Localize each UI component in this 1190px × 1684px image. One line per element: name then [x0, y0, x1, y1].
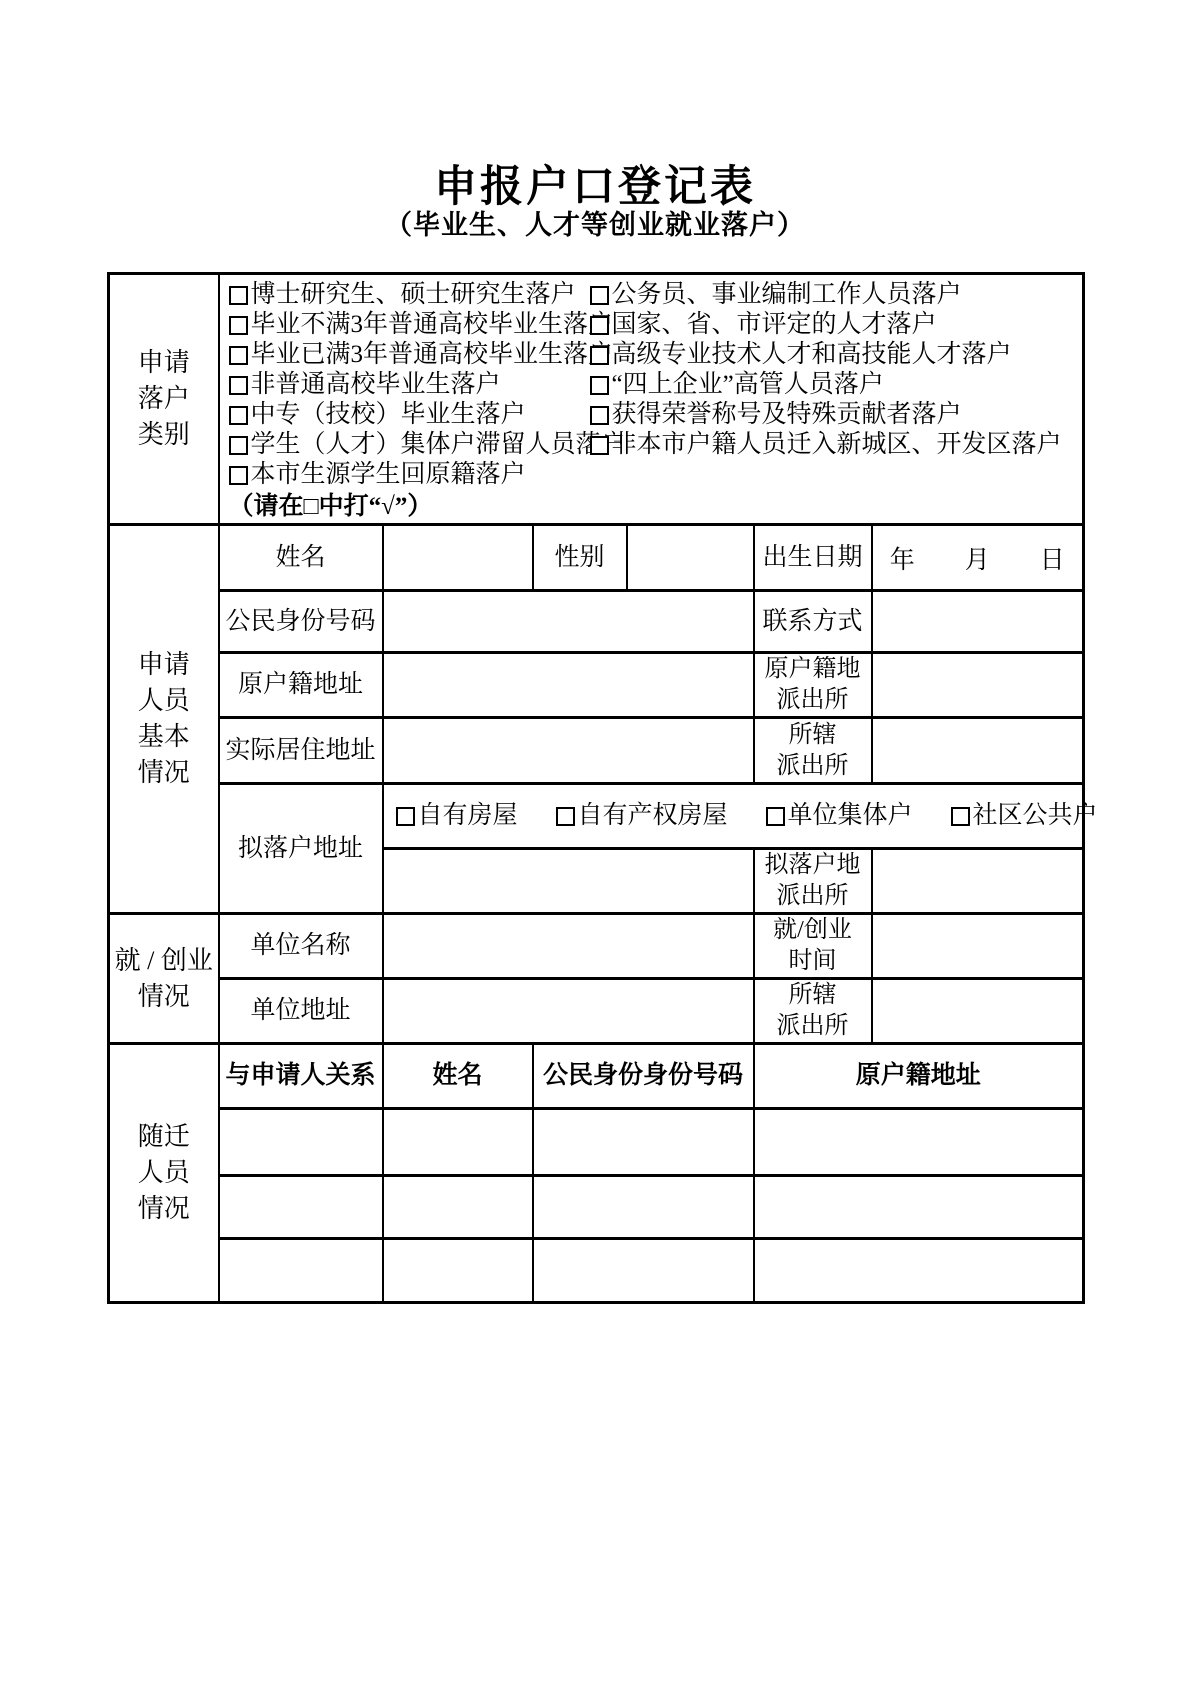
migration-header-id: 公民身份身份号码 [533, 1044, 754, 1109]
name-label: 姓名 [219, 525, 383, 591]
migration-row [109, 1239, 1084, 1303]
checkbox-instruction: （请在□中打“√”） [229, 491, 1083, 522]
section-label-basic: 申请 人员 基本 情况 [109, 525, 219, 914]
section-label-line: 情况 [110, 979, 218, 1015]
migration-header-name: 姓名 [383, 1044, 533, 1109]
migration-origin-cell[interactable] [754, 1109, 1084, 1176]
migration-row [109, 1109, 1084, 1176]
category-option[interactable]: 非普通高校毕业生落户 [229, 370, 590, 400]
category-option[interactable]: 国家、省、市评定的人才落户 [590, 310, 1083, 340]
migration-id-cell[interactable] [533, 1176, 754, 1239]
settle-type-option[interactable]: 单位集体户 [766, 801, 913, 831]
section-label-category: 申请 落户 类别 [109, 274, 219, 525]
contact-label: 联系方式 [754, 591, 872, 653]
settle-type-option[interactable]: 自有房屋 [396, 801, 518, 831]
checkbox-icon [766, 807, 785, 826]
settle-station-label: 拟落户地 派出所 [754, 849, 872, 914]
migration-name-cell[interactable] [383, 1109, 533, 1176]
migration-id-cell[interactable] [533, 1109, 754, 1176]
company-name-value-cell[interactable] [383, 914, 754, 979]
gender-label: 性别 [533, 525, 627, 591]
checkbox-icon [951, 807, 970, 826]
settle-address-type-cell: 自有房屋 自有产权房屋 单位集体户 社区公共户 [383, 784, 1084, 849]
employment-time-label: 就/创业 时间 [754, 914, 872, 979]
checkbox-icon [590, 286, 609, 305]
id-number-label: 公民身份号码 [219, 591, 383, 653]
category-options-columns: 博士研究生、硕士研究生落户 毕业不满3年普通高校毕业生落户 毕业已满3年普通高校… [229, 280, 1083, 490]
migration-relation-cell[interactable] [219, 1109, 383, 1176]
residence-address-value-cell[interactable] [383, 718, 754, 784]
section-label-migration: 随迁 人员 情况 [109, 1044, 219, 1303]
company-address-label: 单位地址 [219, 979, 383, 1044]
checkbox-icon [229, 286, 248, 305]
employment-time-value-cell[interactable] [872, 914, 1084, 979]
residence-address-label: 实际居住地址 [219, 718, 383, 784]
settle-address-label: 拟落户地址 [219, 784, 383, 914]
form-page: 申报户口登记表 （毕业生、人才等创业就业落户） 申请 落户 类别 博士研究生、硕… [0, 0, 1190, 1684]
checkbox-icon [590, 406, 609, 425]
section-label-line: 就 / 创业 [110, 943, 218, 979]
migration-relation-cell[interactable] [219, 1176, 383, 1239]
settle-type-option[interactable]: 社区公共户 [951, 801, 1098, 831]
section-label-line: 申请 [110, 647, 218, 683]
settle-type-options: 自有房屋 自有产权房屋 单位集体户 社区公共户 [384, 801, 1083, 831]
migration-relation-cell[interactable] [219, 1239, 383, 1303]
id-number-value-cell[interactable] [383, 591, 754, 653]
migration-header-origin: 原户籍地址 [754, 1044, 1084, 1109]
checkbox-icon [229, 436, 248, 455]
checkbox-icon [229, 406, 248, 425]
migration-name-cell[interactable] [383, 1176, 533, 1239]
company-station-value-cell[interactable] [872, 979, 1084, 1044]
category-options-left: 博士研究生、硕士研究生落户 毕业不满3年普通高校毕业生落户 毕业已满3年普通高校… [229, 280, 590, 490]
birth-label: 出生日期 [754, 525, 872, 591]
checkbox-icon [556, 807, 575, 826]
form-subtitle: （毕业生、人才等创业就业落户） [0, 203, 1190, 242]
origin-station-value-cell[interactable] [872, 653, 1084, 718]
checkbox-icon [590, 316, 609, 335]
checkbox-icon [229, 376, 248, 395]
gender-value-cell[interactable] [627, 525, 754, 591]
checkbox-icon [590, 346, 609, 365]
section-label-line: 人员 [110, 683, 218, 719]
birth-value-cell[interactable]: 年 月 日 [872, 525, 1084, 591]
settle-type-option[interactable]: 自有产权房屋 [556, 801, 728, 831]
migration-origin-cell[interactable] [754, 1239, 1084, 1303]
residence-station-label: 所辖 派出所 [754, 718, 872, 784]
category-option[interactable]: 毕业不满3年普通高校毕业生落户 [229, 310, 590, 340]
category-option[interactable]: “四上企业”高管人员落户 [590, 370, 1083, 400]
category-option[interactable]: 博士研究生、硕士研究生落户 [229, 280, 590, 310]
category-option[interactable]: 公务员、事业编制工作人员落户 [590, 280, 1083, 310]
checkbox-icon [590, 376, 609, 395]
category-option[interactable]: 高级专业技术人才和高技能人才落户 [590, 340, 1083, 370]
migration-row [109, 1176, 1084, 1239]
registration-form-table: 申请 落户 类别 博士研究生、硕士研究生落户 毕业不满3年普通高校毕业生落户 毕… [107, 272, 1085, 1304]
migration-name-cell[interactable] [383, 1239, 533, 1303]
category-option[interactable]: 本市生源学生回原籍落户 [229, 460, 590, 490]
category-option[interactable]: 毕业已满3年普通高校毕业生落户 [229, 340, 590, 370]
name-value-cell[interactable] [383, 525, 533, 591]
section-label-employment: 就 / 创业 情况 [109, 914, 219, 1044]
section-label-line: 申请 [110, 345, 218, 381]
company-address-value-cell[interactable] [383, 979, 754, 1044]
company-station-label: 所辖 派出所 [754, 979, 872, 1044]
category-options-cell: 博士研究生、硕士研究生落户 毕业不满3年普通高校毕业生落户 毕业已满3年普通高校… [219, 274, 1084, 525]
section-label-line: 人员 [110, 1155, 218, 1191]
category-option[interactable]: 获得荣誉称号及特殊贡献者落户 [590, 400, 1083, 430]
origin-address-value-cell[interactable] [383, 653, 754, 718]
section-label-line: 类别 [110, 417, 218, 453]
checkbox-icon [590, 436, 609, 455]
migration-id-cell[interactable] [533, 1239, 754, 1303]
section-label-line: 落户 [110, 381, 218, 417]
checkbox-icon [396, 807, 415, 826]
residence-station-value-cell[interactable] [872, 718, 1084, 784]
migration-header-relation: 与申请人关系 [219, 1044, 383, 1109]
origin-station-label: 原户籍地 派出所 [754, 653, 872, 718]
settle-address-value-cell[interactable] [383, 849, 754, 914]
contact-value-cell[interactable] [872, 591, 1084, 653]
section-label-line: 基本 [110, 719, 218, 755]
category-option[interactable]: 非本市户籍人员迁入新城区、开发区落户 [590, 430, 1083, 460]
category-option[interactable]: 学生（人才）集体户滞留人员落户 [229, 430, 590, 460]
checkbox-icon [229, 316, 248, 335]
checkbox-icon [229, 346, 248, 365]
category-options-right: 公务员、事业编制工作人员落户 国家、省、市评定的人才落户 高级专业技术人才和高技… [590, 280, 1083, 490]
section-label-line: 随迁 [110, 1119, 218, 1155]
checkbox-icon [229, 466, 248, 485]
origin-address-label: 原户籍地址 [219, 653, 383, 718]
company-name-label: 单位名称 [219, 914, 383, 979]
settle-station-value-cell[interactable] [872, 849, 1084, 914]
category-option[interactable]: 中专（技校）毕业生落户 [229, 400, 590, 430]
section-label-line: 情况 [110, 1191, 218, 1227]
migration-origin-cell[interactable] [754, 1176, 1084, 1239]
section-label-line: 情况 [110, 755, 218, 791]
